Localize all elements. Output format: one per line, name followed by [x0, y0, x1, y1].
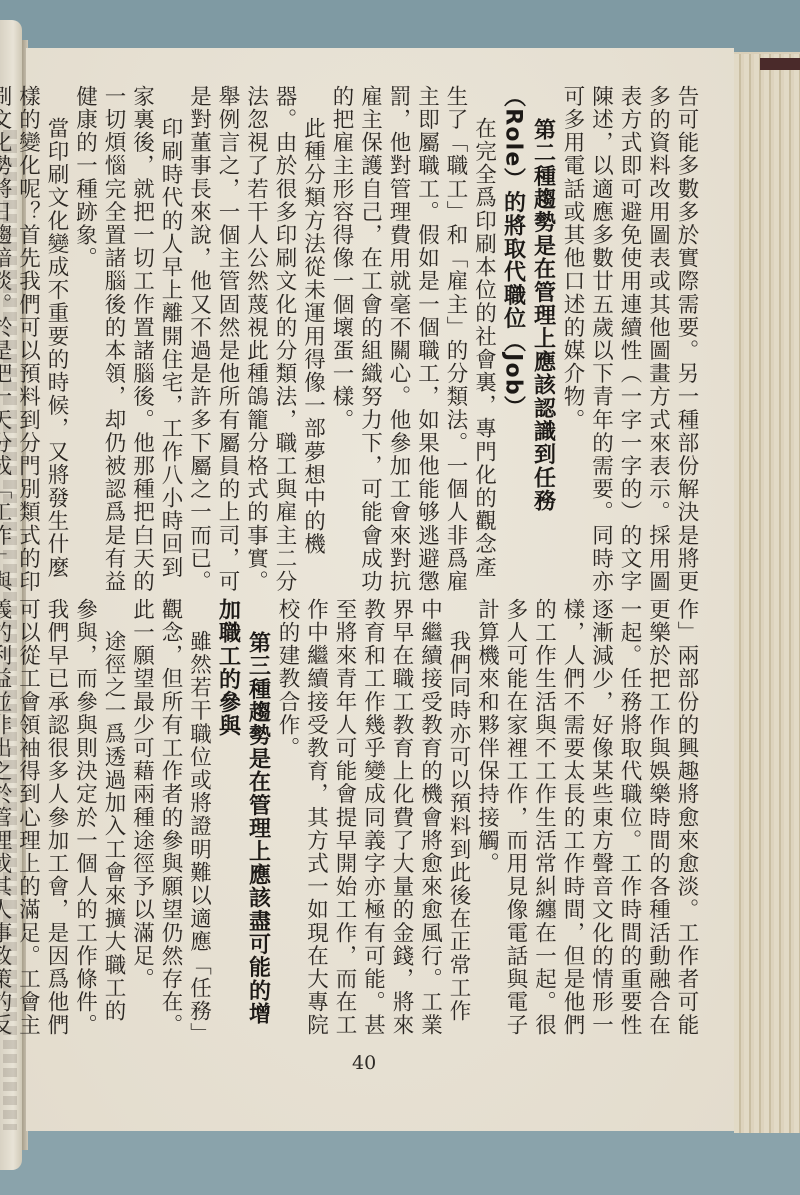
backdrop	[0, 1130, 800, 1195]
paragraph: 此種分類方法從未運用得像一部夢想中的機器。由於很多印刷文化的分類法，職工與雇主二…	[184, 85, 327, 600]
page-stack-edge	[734, 52, 800, 1133]
paragraph: 印刷時代的人早上離開住宅，工作八小時回到家裏後，就把一切工作置諸腦後。他那種把白…	[70, 85, 184, 600]
paragraph: 雖然若干職位或將證明難以適應「任務」觀念，但所有工作者的參與願望仍然存在。此一願…	[127, 598, 213, 1038]
section-heading-2: 第二種趨勢是在管理上應該認識到任務 （Role）的將取代職位（Job）	[498, 85, 558, 600]
heading-line: 第二種趨勢是在管理上應該認識到任務	[531, 118, 556, 512]
paragraph: 在完全爲印刷本位的社會裏，專門化的觀念產生了「職工」和「雇主」的分類法。一個人非…	[327, 85, 498, 600]
paragraph: 我們同時亦可以預料到此後在正常工作中繼續接受教育的機會將愈來愈風行。工業界早在職…	[273, 598, 473, 1038]
paragraph: 作」兩部份的興趣將愈來愈淡。工作者可能更樂於把工作與娛樂時間的各種活動融合在一起…	[472, 598, 700, 1038]
paragraph: 途徑之一爲透過加入工會來擴大職工的參與，而參與則決定於一個人的工作條件。我們早已…	[0, 598, 127, 1038]
book-cover-edge	[760, 58, 800, 70]
top-text-block: 告可能多數多於實際需要。另一種部份解決是將更多的資料改用圖表或其他圖畫方式來表示…	[100, 85, 700, 600]
heading-line: （Role）的將取代職位（Job）	[501, 85, 526, 419]
bottom-text-block: 作」兩部份的興趣將愈來愈淡。工作者可能更樂於把工作與娛樂時間的各種活動融合在一起…	[100, 598, 700, 1038]
heading-line: 加職工的參與	[216, 598, 241, 737]
section-heading-3: 第三種趨勢是在管理上應該盡可能的增 加職工的參與	[213, 598, 273, 1038]
paragraph: 當印刷文化變成不重要的時候，又將發生什麼樣的變化呢？首先我們可以預料到分門別類式…	[0, 85, 70, 600]
page-number: 40	[352, 1052, 376, 1074]
heading-line: 第三種趨勢是在管理上應該盡可能的增	[246, 631, 271, 1025]
paragraph: 告可能多數多於實際需要。另一種部份解決是將更多的資料改用圖表或其他圖畫方式來表示…	[558, 85, 701, 600]
